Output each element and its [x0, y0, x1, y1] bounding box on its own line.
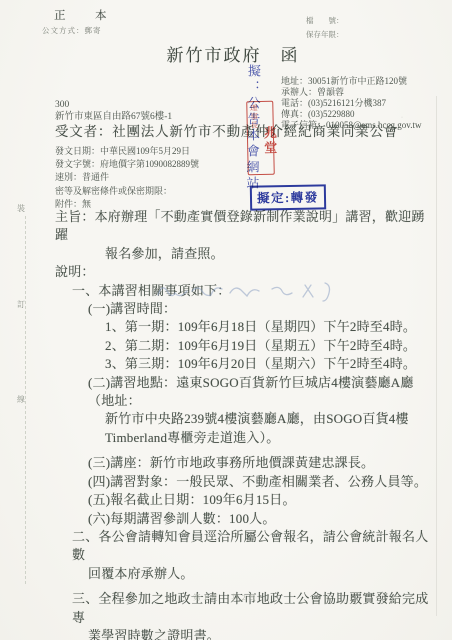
- file-number-label: 檔 號：: [306, 14, 344, 28]
- body-line: (六)每期講習參訓人數：100人。: [55, 510, 431, 528]
- recipient-line: 受文者：社團法人新竹市不動產仲介經紀商業同業公會: [55, 120, 398, 140]
- scan-speck: ·: [401, 115, 403, 121]
- binding-dashed-line: [25, 216, 26, 584]
- copy-type-label: 正 本: [54, 7, 116, 23]
- body-line: (二)講習地點：遠東SOGO百貨新竹巨城店4樓演藝廳A廳（地址：: [55, 374, 431, 411]
- meta-line: 密等及解密條件或保密期限：: [55, 185, 199, 198]
- file-retention-block: 檔 號： 保存年限：: [306, 14, 344, 42]
- body-line: (三)講座：新竹市地政事務所地價課黃建忠課長。: [55, 454, 431, 472]
- document-meta-block: 發文日期：中華民國109年5月29日發文字號：府地價字第1090082889號速…: [55, 145, 199, 211]
- chairman-seal-stamp: 理事長 兆堂: [246, 101, 275, 176]
- body-line: 業學習時數之證明書。: [55, 627, 431, 640]
- handwriting-annotation: [150, 275, 350, 315]
- body-line: Timberland專櫃旁走道進入）。: [55, 429, 431, 447]
- page-edge-shadow: [436, 96, 437, 616]
- meta-line: 速別：普通件: [55, 171, 199, 184]
- document-title: 新竹市政府 函: [0, 41, 452, 66]
- body-line: 新竹市中央路239號4樓演藝廳A廳，由SOGO百貨4樓: [55, 410, 431, 428]
- body-line: 回覆本府承辦人。: [55, 565, 431, 583]
- decision-stamp: 擬定:轉發: [250, 184, 326, 210]
- contact-line: 電話：(03)5216121分機387: [281, 98, 421, 109]
- stamp-name-text: 兆堂: [259, 104, 279, 172]
- contact-line: 承辦人：曾韻蓉: [281, 87, 421, 98]
- body-line: (五)報名截止日期：109年6月15日。: [55, 491, 431, 509]
- binding-mark: 線: [17, 394, 25, 405]
- meta-line: 發文日期：中華民國109年5月29日: [55, 145, 199, 158]
- body-line: 報名參加，請查照。: [55, 245, 431, 263]
- scan-speck: ·: [401, 208, 403, 214]
- body-line: 1、第一期：109年6月18日（星期四）下午2時至4時。: [55, 318, 431, 336]
- delivery-method-label: 公文方式：郵寄: [42, 25, 102, 36]
- meta-line: 發文字號：府地價字第1090082889號: [55, 158, 199, 171]
- body-line: 二、各公會請轉知會員逕洽所屬公會報名，請公會統計報名人數: [55, 528, 431, 565]
- body-line: (四)講習對象：一般民眾、不動產相關業者、公務人員等。: [55, 473, 431, 491]
- binding-mark: 訂: [17, 299, 25, 310]
- body-line: 3、第三期：109年6月20日（星期六）下午2時至4時。: [55, 355, 431, 373]
- retention-label: 保存年限：: [306, 28, 344, 42]
- body-line: 2、第二期：109年6月19日（星期五）下午2時至4時。: [55, 337, 431, 355]
- postal-code: 300: [55, 99, 172, 111]
- document-body: 主旨：本府辦理「不動產實價登錄新制作業說明」講習，歡迎踴躍報名參加，請查照。說明…: [55, 208, 431, 640]
- page-number-footer: 第1頁 共2頁: [0, 592, 452, 603]
- scanned-document: 正 本 公文方式：郵寄 檔 號： 保存年限： 新竹市政府 函 地址：30051新…: [0, 0, 452, 640]
- binding-margin-marks: 裝訂線: [17, 203, 25, 405]
- binding-mark: 裝: [17, 203, 25, 214]
- contact-line: 地址：30051新竹市中正路120號: [281, 76, 421, 87]
